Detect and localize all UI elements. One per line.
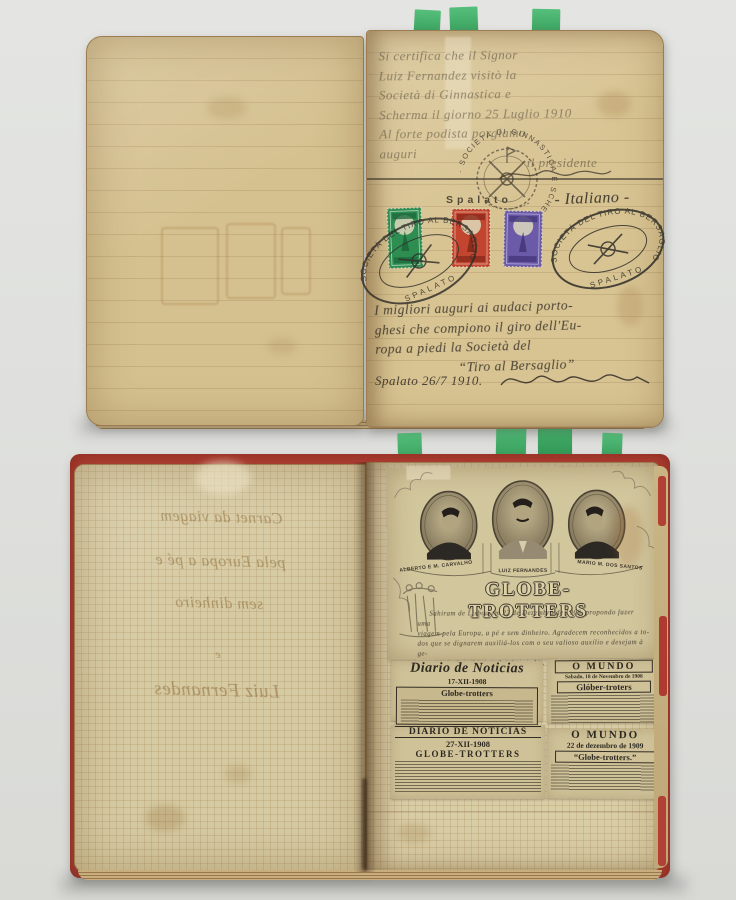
clipping-article-box: Globe-trotters [396, 687, 538, 726]
stamp-ghost-stain [281, 227, 311, 295]
mirrored-line: sem dinheiro [93, 592, 345, 617]
clipping-date: 17-XII-1908 [391, 677, 543, 687]
paragraph-line: dos que se dignarem auxiliá-los com o se… [418, 638, 650, 660]
portrait-name: LUIZ FERNANDES [481, 568, 565, 575]
clipping-body-text [395, 761, 541, 793]
paragraph-line: Sahiram de Lisboa em 22 de Dezembro de 1… [417, 608, 649, 630]
top-journal-left-page [86, 36, 364, 426]
clipping-body-text [401, 700, 533, 723]
date-line: Spalato 26/7 1910. [375, 371, 515, 391]
paper-stain [397, 823, 431, 843]
paper-stain [145, 805, 185, 831]
mirrored-line: Luiz Fernandes [91, 677, 343, 706]
mirrored-line: pela Europa a pé e [94, 550, 346, 575]
signature-scrawl [495, 365, 655, 395]
clipping-body-text [551, 695, 657, 724]
globetrotters-engraving-sheet: ALBERTO E M. CARVALHO LUIZ FERNANDES MAR… [386, 466, 659, 660]
paper-stain [207, 97, 247, 119]
newspaper-clipping-mundo-1: O MUNDO Sabado, 18 de Novembro de 1908 G… [547, 659, 661, 724]
top-journal-right-page: Si certifica che il Signor Luiz Fernande… [366, 30, 664, 428]
bottom-journal-left-page: Carnet da viagem pela Europa a pé e sem … [74, 464, 366, 872]
newspaper-clipping-mundo-2: O MUNDO 22 de dezembro de 1909 “Globe-tr… [547, 729, 663, 800]
stamp-ghost-stain [226, 223, 276, 299]
portrait-left [420, 491, 476, 559]
bottom-journal-right-page: ALBERTO E M. CARVALHO LUIZ FERNANDES MAR… [366, 462, 660, 872]
cover-red-patch [658, 476, 666, 526]
paper-stain [597, 91, 631, 117]
clipping-headline: Globe-trotters [397, 688, 537, 699]
page-crease [367, 811, 659, 812]
portrait-center [492, 481, 553, 559]
clipping-masthead: DIARIO DE NOTICIAS [395, 726, 541, 738]
clipping-masthead: O MUNDO [547, 729, 663, 742]
clipping-headline: “Globe-trotters.” [555, 751, 655, 764]
mirrored-line: e [92, 644, 344, 666]
clipping-headline: Glóber-troters [557, 681, 651, 694]
bottom-journal: Carnet da viagem pela Europa a pé e sem … [66, 448, 682, 884]
stamp-ghost-stain [161, 227, 219, 305]
torn-patch [195, 461, 251, 495]
paper-stain [267, 337, 297, 355]
clipping-headline: GLOBE-TROTTERS [391, 749, 545, 759]
photo-of-two-vintage-journals: Si certifica che il Signor Luiz Fernande… [0, 0, 736, 900]
paper-stain [225, 765, 251, 783]
paper-stain [613, 506, 643, 566]
cover-red-patch [658, 796, 666, 866]
paper-stain [617, 286, 643, 326]
clipping-masthead: Diario de Noticias [391, 661, 543, 678]
clipping-date: Sabado, 18 de Novembro de 1908 [547, 674, 661, 681]
top-journal: Si certifica che il Signor Luiz Fernande… [84, 30, 664, 428]
seal-crossed-rifles [489, 161, 525, 197]
clipping-date: 27-XII-1908 [391, 739, 545, 749]
gutter-crack [362, 778, 367, 870]
clipping-date: 22 de dezembro de 1909 [547, 741, 663, 751]
mirrored-handwriting: Carnet da viagem pela Europa a pé e sem … [91, 506, 348, 706]
mirrored-line: Carnet da viagem [95, 506, 347, 531]
clipping-masthead: O MUNDO [555, 660, 653, 674]
cover-red-patch [659, 616, 667, 696]
newspaper-clipping-diario-2: DIARIO DE NOTICIAS 27-XII-1908 GLOBE-TRO… [391, 725, 545, 799]
clipping-body-text [551, 765, 659, 792]
newspaper-clipping-diario-1: Diario de Noticias 17-XII-1908 Globe-tro… [391, 661, 543, 722]
fore-edge [654, 466, 668, 868]
